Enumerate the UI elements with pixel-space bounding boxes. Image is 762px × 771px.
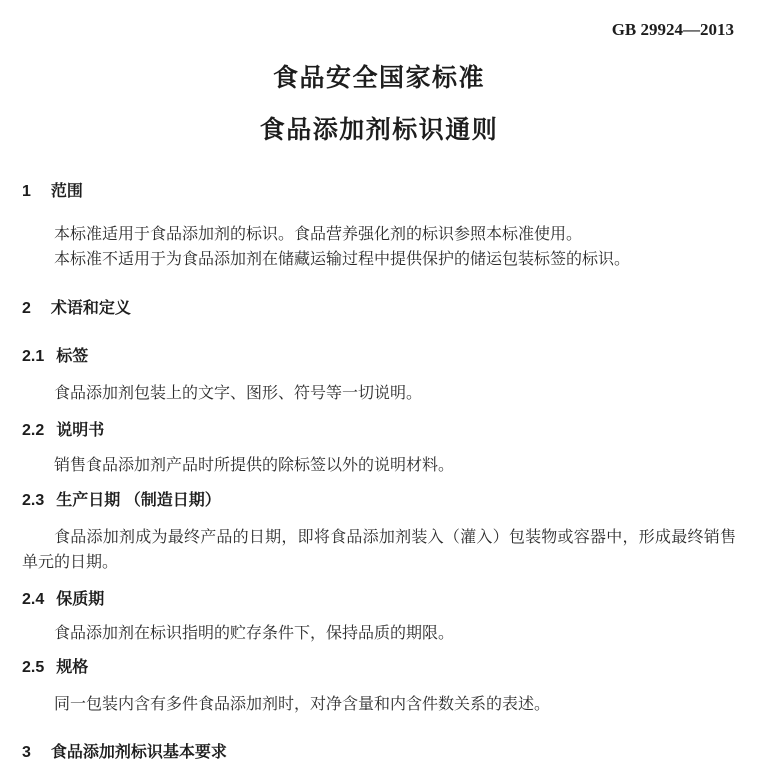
paragraph: 食品添加剂包装上的文字、图形、符号等一切说明。 (22, 381, 736, 406)
document-title-line2: 食品添加剂标识通则 (22, 116, 736, 144)
section-number: 2.5 (22, 658, 44, 678)
section-heading-2-4: 2.4保质期 (22, 590, 736, 610)
section-number: 2.3 (22, 491, 44, 511)
paragraph: 食品添加剂成为最终产品的日期，即将食品添加剂装入（灌入）包装物或容器中，形成最终… (22, 525, 736, 575)
paragraph: 本标准不适用于为食品添加剂在储藏运输过程中提供保护的储运包装标签的标识。 (22, 247, 736, 272)
section-title: 范围 (51, 183, 83, 200)
section-title: 食品添加剂标识基本要求 (51, 744, 227, 761)
section-number: 2.2 (22, 421, 44, 441)
section-number: 1 (22, 182, 31, 202)
section-title: 术语和定义 (51, 300, 131, 317)
section-heading-3: 3食品添加剂标识基本要求 (22, 743, 736, 763)
section-number: 3 (22, 743, 31, 763)
document-title-line1: 食品安全国家标准 (22, 64, 736, 92)
paragraph: 同一包装内含有多件食品添加剂时，对净含量和内含件数关系的表述。 (22, 692, 736, 717)
section-heading-2-1: 2.1标签 (22, 347, 736, 367)
section-title: 标签 (56, 348, 88, 365)
paragraph: 食品添加剂在标识指明的贮存条件下，保持品质的期限。 (22, 621, 736, 646)
paragraph: 本标准适用于食品添加剂的标识。食品营养强化剂的标识参照本标准使用。 (22, 222, 736, 247)
section-number: 2.4 (22, 590, 44, 610)
section-title: 说明书 (56, 422, 104, 439)
section-title: 生产日期 （制造日期） (56, 492, 220, 509)
section-number: 2 (22, 299, 31, 319)
standard-code: GB 29924—2013 (22, 20, 736, 39)
paragraph: 销售食品添加剂产品时所提供的除标签以外的说明材料。 (22, 453, 736, 478)
section-heading-2-2: 2.2说明书 (22, 421, 736, 441)
section-number: 2.1 (22, 347, 44, 367)
document-page: GB 29924—2013 食品安全国家标准 食品添加剂标识通则 1范围 本标准… (0, 0, 762, 771)
section-heading-2: 2术语和定义 (22, 299, 736, 319)
section-heading-2-3: 2.3生产日期 （制造日期） (22, 491, 736, 511)
section-heading-1: 1范围 (22, 182, 736, 202)
section-title: 规格 (56, 659, 88, 676)
section-heading-2-5: 2.5规格 (22, 658, 736, 678)
section-title: 保质期 (56, 591, 104, 608)
